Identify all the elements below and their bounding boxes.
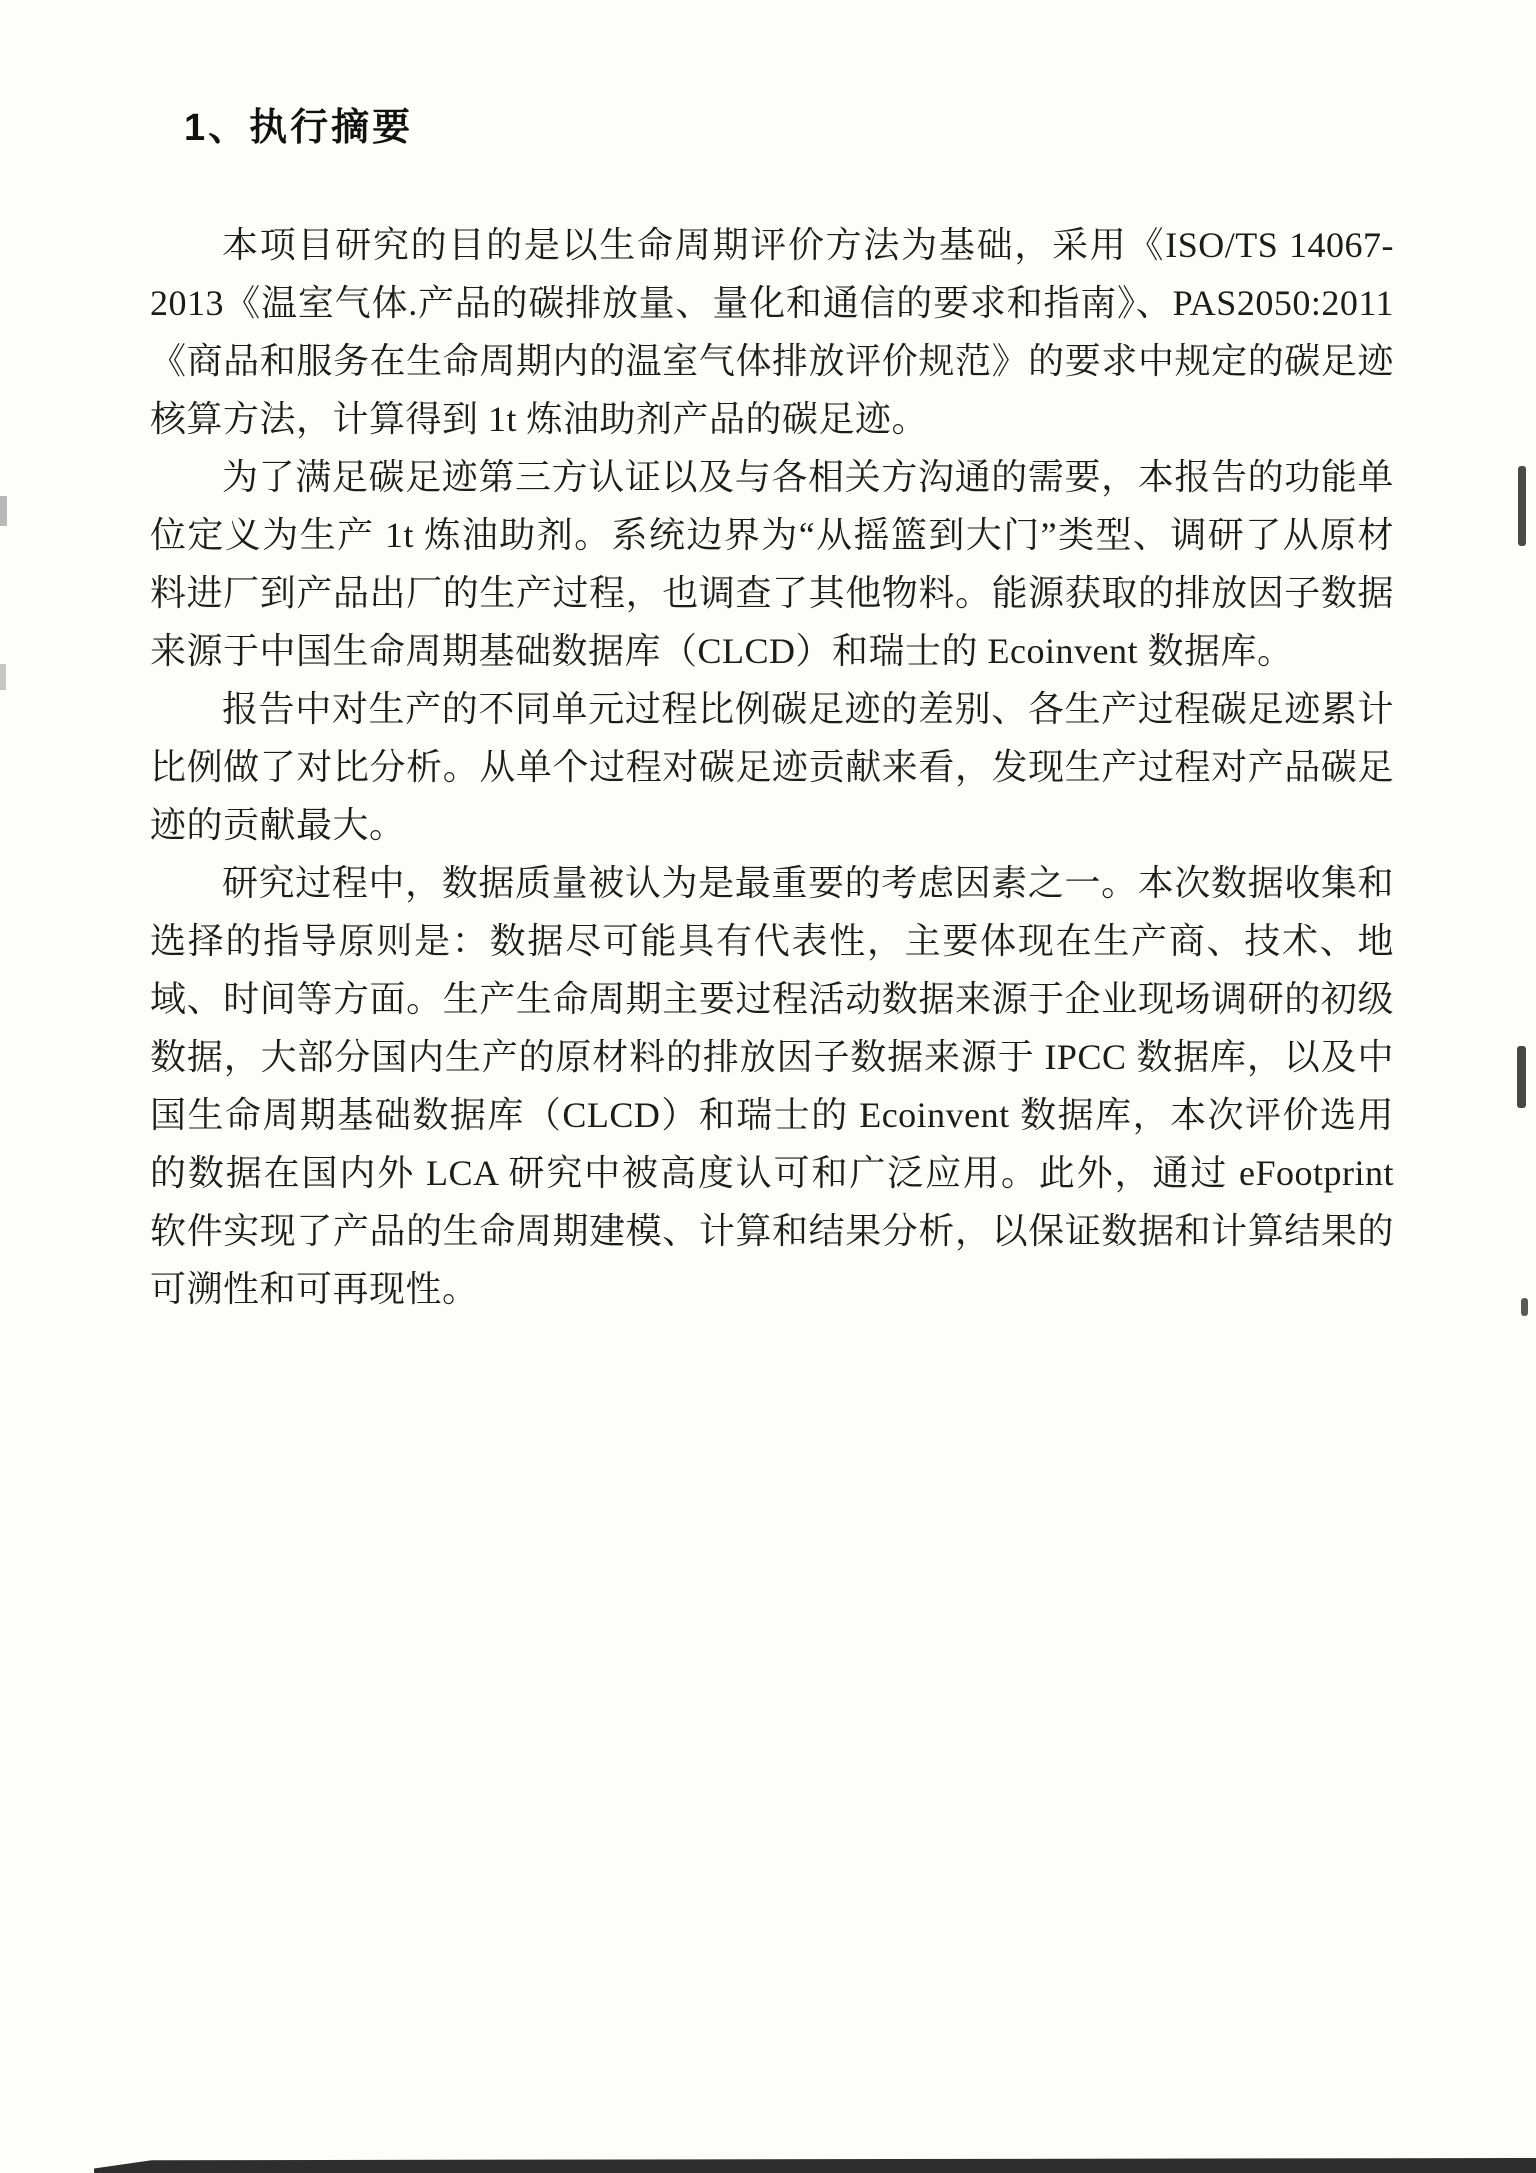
scan-artifact-left-edge-1 — [0, 496, 7, 526]
scan-artifact-bottom-bar — [94, 2158, 1536, 2173]
paragraph-3: 报告中对生产的不同单元过程比例碳足迹的差别、各生产过程碳足迹累计比例做了对比分析… — [150, 680, 1394, 854]
scan-artifact-left-edge-2 — [0, 664, 6, 690]
scan-artifact-right-edge-3 — [1521, 1298, 1528, 1316]
section-heading: 1、执行摘要 — [184, 96, 413, 151]
paragraph-1: 本项目研究的目的是以生命周期评价方法为基础，采用《ISO/TS 14067-20… — [150, 216, 1394, 448]
scan-artifact-right-edge-2 — [1517, 1046, 1526, 1108]
scan-artifact-right-edge-1 — [1518, 466, 1526, 546]
document-page: 1、执行摘要 本项目研究的目的是以生命周期评价方法为基础，采用《ISO/TS 1… — [0, 0, 1536, 2173]
paragraph-2: 为了满足碳足迹第三方认证以及与各相关方沟通的需要，本报告的功能单位定义为生产 1… — [150, 448, 1394, 680]
paragraph-4: 研究过程中，数据质量被认为是最重要的考虑因素之一。本次数据收集和选择的指导原则是… — [150, 854, 1394, 1318]
document-body: 本项目研究的目的是以生命周期评价方法为基础，采用《ISO/TS 14067-20… — [150, 216, 1394, 1318]
